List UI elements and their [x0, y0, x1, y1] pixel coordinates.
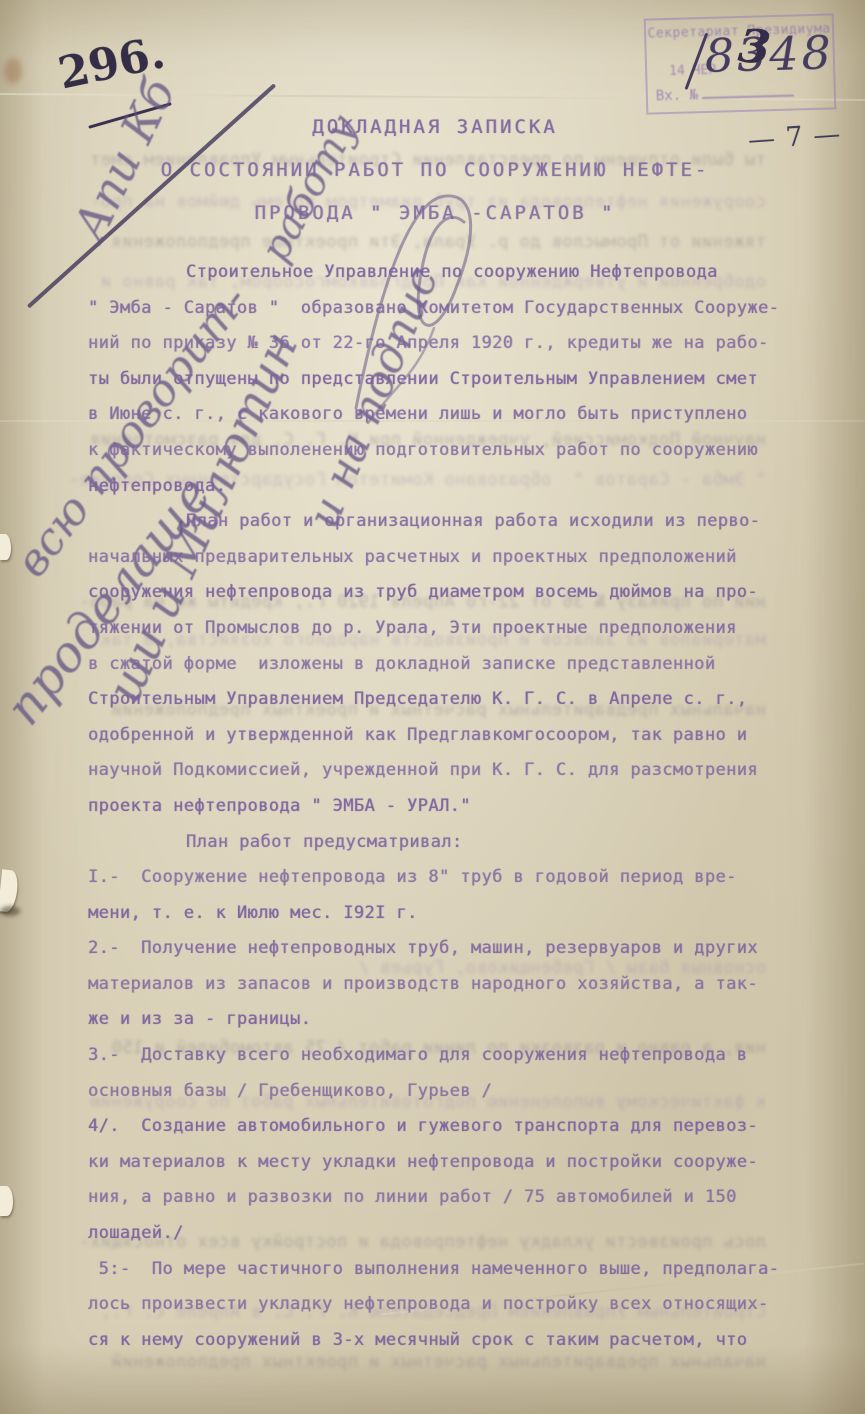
typed-line: " Эмба - Саратов " образовано Комитетом … — [88, 298, 778, 334]
typed-line: I.- Сооружение нефтепровода из 8" труб в… — [88, 867, 778, 903]
typed-line: же и из за - границы. — [88, 1009, 778, 1045]
stamp-underline — [702, 95, 794, 100]
typed-line: научной Подкомиссией, учрежденной при К.… — [88, 760, 778, 796]
stamp-reg-label: Вх. № — [656, 85, 795, 105]
typed-line: План работ и организационная работа исхо… — [88, 511, 778, 547]
typed-line: 3.- Доставку всего необходимаго для соор… — [88, 1045, 778, 1081]
typed-line: Строительное Управление по сооружению Не… — [88, 262, 778, 298]
typed-line: 5:- По мере частичного выполнения намече… — [88, 1259, 778, 1295]
typed-line: начальных предварительных расчетных и пр… — [88, 547, 778, 583]
typed-line: нефтепровода. — [88, 476, 778, 512]
typed-line: Строительным Управлением Председателю К.… — [88, 689, 778, 725]
typed-line: материалов из запасов и производств наро… — [88, 974, 778, 1010]
typed-line: основныя базы / Гребенщиково, Гурьев / — [88, 1081, 778, 1117]
document-title: ДОКЛАДНАЯ ЗАПИСКА О СОСТОЯНИИ РАБОТ ПО С… — [95, 116, 775, 245]
stamp-reg-text: Вх. № — [656, 87, 699, 104]
typed-line: ся к нему сооружений в 3-х месячный срок… — [88, 1330, 778, 1366]
typed-line: 4/. Создание автомобильного и гужевого т… — [88, 1116, 778, 1152]
document-page: ты были отпущены по представлении Строит… — [0, 0, 865, 1414]
typed-line: одобренной и утвержденной как Предглавко… — [88, 725, 778, 761]
typed-line: ния, а равно и развозки по линии работ /… — [88, 1187, 778, 1223]
registration-stamp: Секретариат Президиума 14 ЧЕР Вх. № 8348… — [644, 13, 837, 114]
typed-line: ний по приказу № 36 от 22-го Апреля 1920… — [88, 333, 778, 369]
typed-line: ты были отпущены по представлении Строит… — [88, 369, 778, 405]
typed-line: План работ предусматривал: — [88, 832, 778, 868]
torn-edge-chip — [0, 1186, 13, 1216]
typed-line: в сжатой форме изложены в докладной запи… — [88, 654, 778, 690]
typed-line: сооружения нефтепровода из труб диаметро… — [88, 582, 778, 618]
torn-edge-shadow — [0, 906, 20, 916]
typed-line: мени, т. е. к Июлю мес. I92I г. — [88, 903, 778, 939]
typed-line: в Июне с. г., с какового времени лишь и … — [88, 404, 778, 440]
typed-line: тяжении от Промыслов до р. Урала, Эти пр… — [88, 618, 778, 654]
typed-line: проекта нефтепровода " ЭМБА - УРАЛ." — [88, 796, 778, 832]
typed-line: 2.- Получение нефтепроводных труб, машин… — [88, 938, 778, 974]
document-body: Строительное Управление по сооружению Не… — [88, 262, 778, 1365]
title-line: ДОКЛАДНАЯ ЗАПИСКА — [95, 116, 775, 159]
typed-line: ки материалов к месту укладки нефтепрово… — [88, 1152, 778, 1188]
typed-line: лось произвести укладку нефтепровода и п… — [88, 1294, 778, 1330]
title-line: О СОСТОЯНИИ РАБОТ ПО СООРУЖЕНИЮ НЕФТЕ- — [95, 159, 775, 202]
overwritten-digit: 3 — [736, 18, 773, 75]
typed-line: лошадей./ — [88, 1223, 778, 1259]
typed-line: к фактическому выполенению подготовитель… — [88, 440, 778, 476]
title-line: ПРОВОДА " ЭМБА -САРАТОВ " — [95, 202, 775, 245]
stain — [4, 58, 22, 84]
